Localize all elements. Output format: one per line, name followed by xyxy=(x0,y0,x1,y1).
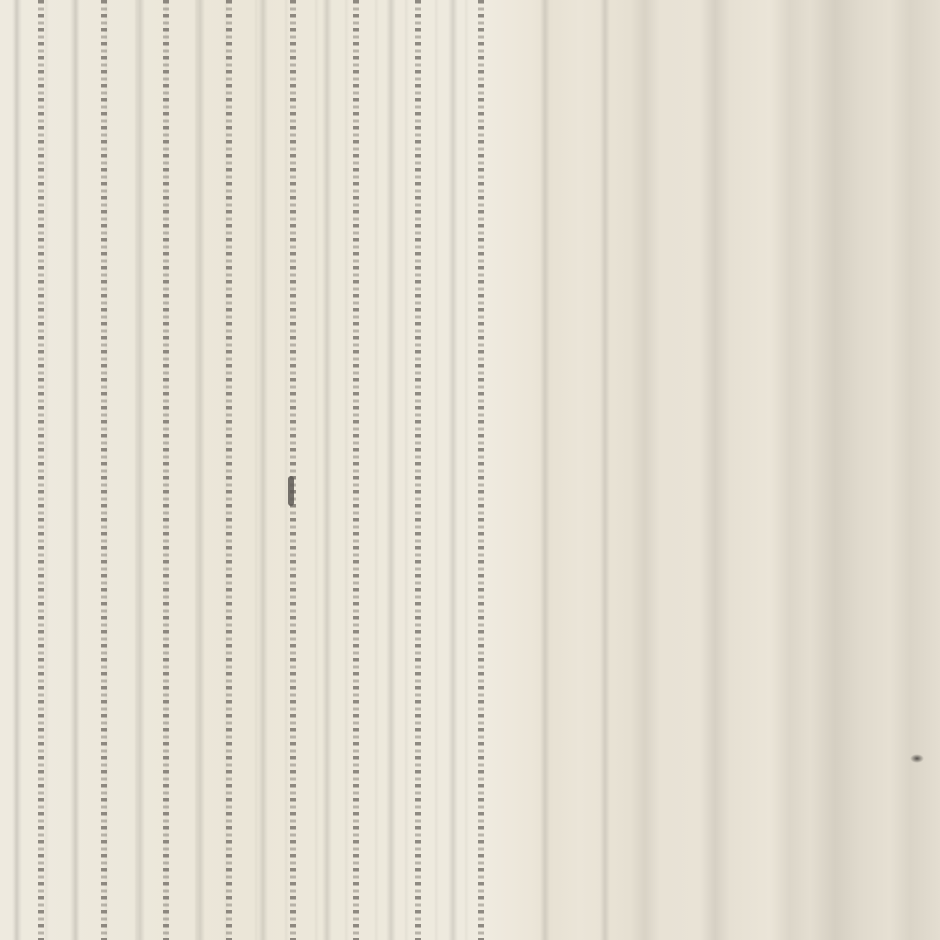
soft-grain xyxy=(386,0,396,940)
grain-line xyxy=(353,0,359,940)
soft-grain xyxy=(540,0,550,940)
grain-line xyxy=(101,0,107,940)
grain-line xyxy=(163,0,169,940)
soft-grain xyxy=(600,0,610,940)
soft-grain xyxy=(322,0,332,940)
wood-grain-texture xyxy=(0,0,940,940)
dark-knot xyxy=(910,754,924,763)
grain-line xyxy=(38,0,44,940)
soft-grain xyxy=(448,0,458,940)
grain-line xyxy=(415,0,421,940)
soft-grain xyxy=(195,0,205,940)
dark-slot-mark xyxy=(288,476,294,506)
soft-grain xyxy=(135,0,145,940)
soft-grain xyxy=(258,0,268,940)
grain-line xyxy=(226,0,232,940)
soft-grain xyxy=(70,0,80,940)
grain-line xyxy=(478,0,484,940)
grain-line xyxy=(290,0,296,940)
streaked-grain-section xyxy=(490,0,940,940)
soft-grain xyxy=(12,0,22,940)
